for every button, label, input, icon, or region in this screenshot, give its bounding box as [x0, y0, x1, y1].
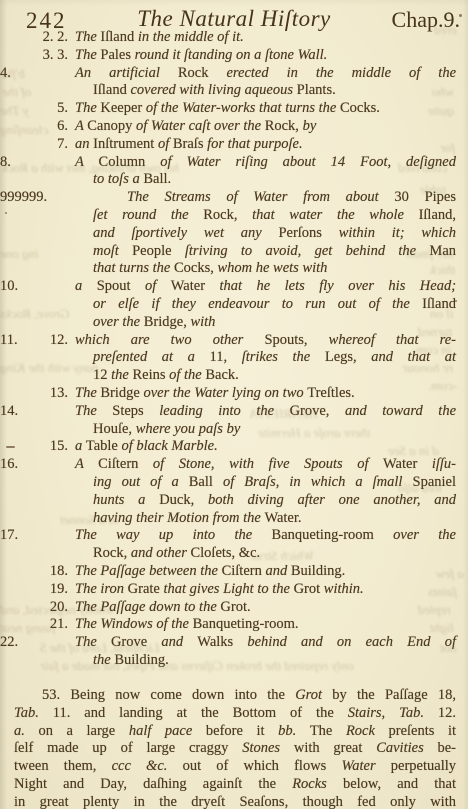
italic-text: leading into the — [159, 403, 289, 419]
roman-text: ſelf made up of large craggy — [14, 740, 242, 756]
italic-text: of Stone, with five Spouts of — [153, 456, 383, 472]
italic-text: of the — [169, 367, 205, 383]
italic-text: Stairs, Tab. — [348, 705, 438, 721]
roman-text: below, and that — [343, 776, 456, 792]
roman-text: 30 Pipes — [394, 189, 456, 205]
text-line: Night and Day, daſhing againſt the Rocks… — [14, 776, 456, 794]
ink-speck — [6, 446, 15, 448]
italic-text: for that purpoſe. — [207, 136, 302, 152]
text-line: ſet round the Rock, that water the whole… — [0, 207, 456, 225]
italic-text: over the Water lying on two — [143, 385, 307, 401]
roman-text: Building. — [114, 652, 168, 668]
item-number: 11. 12. — [0, 332, 68, 350]
italic-text: a — [75, 278, 97, 294]
roman-text: Grot. — [220, 599, 250, 615]
italic-text: hunts a — [93, 492, 159, 508]
ink-speck — [459, 14, 462, 17]
italic-text: and toward the — [345, 403, 456, 419]
italic-text: preſented at a — [93, 349, 210, 365]
italic-text: round it ſtanding on a ſtone Wall. — [135, 47, 328, 63]
italic-text: that gives Light to the — [163, 581, 293, 597]
roman-text: be- — [438, 740, 457, 756]
item-number: 22. — [0, 634, 68, 652]
italic-text: Cavities — [376, 740, 437, 756]
roman-text: 12. — [438, 705, 456, 721]
text-line: or elſe if they endeavour to run out of … — [0, 296, 456, 314]
italic-text: of Water riſing about 14 Foot, deſigned — [160, 154, 456, 170]
roman-text: Grove — [111, 634, 161, 650]
italic-text: over the — [93, 314, 144, 330]
roman-text: Building. — [291, 563, 345, 579]
item-number: 21. — [0, 616, 68, 634]
roman-text: Pales — [100, 47, 134, 63]
italic-text: The Paſſage between the — [75, 563, 222, 579]
italic-text: having their Motion from the — [93, 510, 264, 526]
roman-text: Iſland, — [419, 207, 456, 223]
text-line: to toſs a Ball. — [0, 171, 456, 189]
italic-text: The way up into the — [75, 527, 272, 543]
italic-text: and — [265, 563, 290, 579]
roman-text: tween them, — [14, 758, 112, 774]
text-line: 5.The Keeper of the Water-works that tur… — [0, 100, 456, 118]
text-line: 13.The Bridge over the Water lying on tw… — [0, 385, 456, 403]
text-line: 19.The iron Grate that gives Light to th… — [0, 581, 456, 599]
roman-text: on a large — [38, 723, 128, 739]
roman-text: Treſtles. — [307, 385, 354, 401]
italic-text: ſet round the — [93, 207, 203, 223]
italic-text: Tab. — [14, 705, 53, 721]
text-line: 8.A Column of Water riſing about 14 Foot… — [0, 154, 456, 172]
item-number: 13. — [0, 385, 68, 403]
text-line: in great plenty in the dryeſt Seaſons, t… — [14, 794, 456, 809]
book-page: 242 The Natural Hiſtory Chap.9. 2. 2.The… — [0, 0, 468, 809]
roman-text: Grot — [294, 581, 324, 597]
item-number: 7. — [0, 136, 68, 154]
italic-text: A — [75, 456, 98, 472]
ink-speck — [448, 12, 450, 14]
text-line: Tab. 11. and landing at the Bottom of th… — [14, 705, 456, 723]
roman-text: Bridge, — [144, 314, 191, 330]
roman-text: Cloſets, &c. — [190, 545, 260, 561]
italic-text: Rocks — [292, 776, 343, 792]
italic-text: The — [75, 403, 112, 419]
roman-text: out of which flows — [183, 758, 342, 774]
italic-text: The — [75, 47, 100, 63]
text-line: 53. Being now come down into the Grot by… — [14, 687, 456, 705]
italic-text: with — [190, 314, 215, 330]
roman-text: Table — [86, 438, 122, 454]
italic-text: and — [161, 634, 197, 650]
text-line: 18.The Paſſage between the Ciſtern and B… — [0, 563, 456, 581]
item-number: 8. — [0, 154, 68, 172]
text-line: 20.The Paſſage down to the Grot. — [0, 599, 456, 617]
text-line: Houſe, where you paſs by — [0, 421, 456, 439]
text-line: Iſland covered with living aqueous Plant… — [0, 82, 456, 100]
text-line: 7.an Inſtrument of Braſs for that purpoſ… — [0, 136, 456, 154]
italic-text: whom he wets with — [217, 260, 327, 276]
roman-text: Cocks. — [340, 100, 380, 116]
italic-text: where you paſs by — [136, 421, 241, 437]
italic-text: a — [75, 438, 86, 454]
item-number: 3. 3. — [0, 47, 68, 65]
italic-text: that turns the — [93, 260, 174, 276]
roman-text: 12 — [93, 367, 111, 383]
roman-text: with great — [294, 740, 376, 756]
roman-text: Rock — [178, 65, 227, 81]
italic-text: in the middle of it. — [138, 29, 244, 45]
text-line: that turns the Cocks, whom he wets with — [0, 260, 456, 278]
text-line: Rock, and other Cloſets, &c. — [0, 545, 456, 563]
italic-text: bb. — [278, 723, 310, 739]
italic-text: moſt — [93, 243, 132, 259]
item-number: 20. — [0, 599, 68, 617]
italic-text: or elſe if they endeavour to run out of … — [93, 296, 422, 312]
italic-text: the — [111, 367, 132, 383]
item-number: 5. — [0, 100, 68, 118]
roman-text: Column — [99, 154, 161, 170]
roman-text: Braſs — [173, 136, 207, 152]
text-line: 999999.The Streams of Water from about 3… — [0, 189, 456, 207]
italic-text: and that at — [371, 349, 456, 365]
italic-text: The Paſſage down to the — [75, 599, 220, 615]
roman-text: Plants. — [297, 82, 336, 98]
text-line: ſelf made up of large craggy Stones with… — [14, 740, 456, 758]
text-line: 12 the Reins of the Back. — [0, 367, 456, 385]
text-line: 17.The way up into the Banqueting-room o… — [0, 527, 456, 545]
roman-text: Grove, — [290, 403, 345, 419]
text-line: 16.A Ciſtern of Stone, with five Spouts … — [0, 456, 456, 474]
roman-text: Inſtrument — [93, 136, 158, 152]
text-line: 10.a Spout of Water that he lets fly ove… — [0, 278, 456, 296]
roman-text: Spout — [97, 278, 145, 294]
text-line: hunts a Duck, both diving after one anot… — [0, 492, 456, 510]
italic-text: An artificial — [75, 65, 178, 81]
italic-text: the — [93, 652, 114, 668]
body-paragraph: 53. Being now come down into the Grot by… — [14, 687, 456, 809]
roman-text: Grate — [128, 581, 164, 597]
item-number: 2. 2. — [0, 29, 68, 47]
italic-text: A — [75, 154, 99, 170]
text-line: over the Bridge, with — [0, 314, 456, 332]
roman-text: 53. Being now come down into the — [42, 687, 295, 703]
roman-text: Cocks, — [174, 260, 218, 276]
item-number: 14. — [0, 403, 68, 421]
roman-text: Houſe, — [93, 421, 136, 437]
italic-text: behind and on each End of — [247, 634, 456, 650]
italic-text: ing out of a — [93, 474, 189, 490]
roman-text: Back. — [205, 367, 238, 383]
italic-text: The Streams of Water from about — [127, 189, 394, 205]
ink-speck — [5, 212, 7, 214]
text-line: 22.The Grove and Walks behind and on eac… — [0, 634, 456, 652]
roman-text: The — [310, 723, 346, 739]
item-number: 17. — [0, 527, 68, 545]
roman-text: Night and Day, daſhing againſt the — [14, 776, 292, 792]
item-number: 6. — [0, 118, 68, 136]
text-line: and ſportively wet any Perſons within it… — [0, 225, 456, 243]
roman-text: Rock, — [265, 118, 303, 134]
text-line: ing out of a Ball of Braſs, in which a ſ… — [0, 474, 456, 492]
text-line: 15.a Table of black Marble. — [0, 438, 456, 456]
italic-text: The — [75, 29, 100, 45]
italic-text: that water the whole — [252, 207, 418, 223]
item-number: 999999. — [0, 189, 121, 207]
text-line: moſt People ſtriving to avoid, get behin… — [0, 243, 456, 261]
italic-text: A — [75, 118, 87, 134]
item-number: 19. — [0, 581, 68, 599]
italic-text: The — [75, 100, 100, 116]
italic-text: within. — [324, 581, 364, 597]
italic-text: ſtrikes the — [242, 349, 325, 365]
plate-contents-list: 2. 2.The Iſland in the middle of it.3. 3… — [0, 29, 456, 670]
italic-text: The iron — [75, 581, 128, 597]
roman-text: Ball — [189, 474, 223, 490]
roman-text: Iſland — [100, 29, 137, 45]
roman-text: Ciſtern — [222, 563, 266, 579]
italic-text: of — [145, 278, 171, 294]
roman-text: Walks — [197, 634, 247, 650]
italic-text: of the Water-works that turns the — [146, 100, 340, 116]
roman-text: in great plenty in the dryeſt Seaſons, t… — [14, 794, 456, 809]
italic-text: of Braſs, in which a ſmall — [223, 474, 413, 490]
roman-text: Steps — [112, 403, 159, 419]
text-line: 2. 2.The Iſland in the middle of it. — [0, 29, 456, 47]
text-line: tween them, ccc &c. out of which flows W… — [14, 758, 456, 776]
roman-text: Perſons — [278, 225, 338, 241]
roman-text: Spaniel — [413, 474, 457, 490]
italic-text: an — [75, 136, 93, 152]
roman-text: 11, — [210, 349, 242, 365]
text-line: 3. 3.The Pales round it ſtanding on a ſt… — [0, 47, 456, 65]
italic-text: whereof that re- — [329, 332, 456, 348]
roman-text: Canopy — [87, 118, 136, 134]
roman-text: Legs, — [325, 349, 371, 365]
text-line: having their Motion from the Water. — [0, 510, 456, 528]
italic-text: The — [75, 634, 111, 650]
italic-text: and other — [131, 545, 191, 561]
italic-text: which are two other — [75, 332, 264, 348]
italic-text: that he lets fly over his Head; — [220, 278, 457, 294]
italic-text: Grot — [295, 687, 332, 703]
roman-text: perpetually — [391, 758, 456, 774]
ink-speck — [455, 300, 457, 302]
roman-text: Water — [383, 456, 432, 472]
italic-text: covered with living aqueous — [130, 82, 296, 98]
italic-text: over the — [393, 527, 456, 543]
italic-text: a. — [14, 723, 38, 739]
item-number: 18. — [0, 563, 68, 581]
italic-text: within it; which — [339, 225, 456, 241]
text-line: 21.The Windows of the Banqueting-room. — [0, 616, 456, 634]
text-line: 4.An artificial Rock erected in the midd… — [0, 65, 456, 83]
italic-text: Water — [342, 758, 391, 774]
roman-text: Iſland — [93, 82, 130, 98]
roman-text: Duck, — [159, 492, 208, 508]
italic-text: half pace — [129, 723, 206, 739]
italic-text: of — [158, 136, 173, 152]
text-line: 11. 12.which are two other Spouts, where… — [0, 332, 456, 350]
roman-text: Ciſtern — [98, 456, 153, 472]
text-line: the Building. — [0, 652, 456, 670]
italic-text: The — [75, 385, 100, 401]
italic-text: erected in the middle of the — [226, 65, 456, 81]
roman-text: Banqueting-room — [272, 527, 394, 543]
roman-text: People — [132, 243, 185, 259]
roman-text: Water — [171, 278, 220, 294]
roman-text: Reins — [132, 367, 169, 383]
italic-text: of black Marble. — [122, 438, 218, 454]
italic-text: ſtriving to avoid, get behind the — [185, 243, 430, 259]
roman-text: Bridge — [100, 385, 143, 401]
roman-text: Spouts, — [264, 332, 328, 348]
italic-text: Rock — [346, 723, 389, 739]
roman-text: before it — [206, 723, 278, 739]
roman-text: Iſland — [422, 296, 456, 312]
italic-text: by — [303, 118, 317, 134]
italic-text: to toſs a — [93, 171, 143, 187]
italic-text: Stones — [242, 740, 294, 756]
text-line: 14.The Steps leading into the Grove, and… — [0, 403, 456, 421]
item-number: 10. — [0, 278, 68, 296]
italic-text: and ſportively wet any — [93, 225, 278, 241]
item-number: 4. — [0, 65, 68, 83]
roman-text: preſents it — [389, 723, 457, 739]
roman-text: Water. — [264, 510, 301, 526]
roman-text: 11. and landing at the Bottom of the — [53, 705, 348, 721]
roman-text: Banqueting-room. — [193, 616, 299, 632]
italic-text: iſſu- — [432, 456, 456, 472]
roman-text: Rock, — [203, 207, 252, 223]
text-line: preſented at a 11, ſtrikes the Legs, and… — [0, 349, 456, 367]
roman-text: by the Paſſage 18, — [332, 687, 456, 703]
italic-text: both diving after one another, and — [208, 492, 456, 508]
roman-text: Keeper — [100, 100, 145, 116]
item-number: 16. — [0, 456, 68, 474]
italic-text: ccc &c. — [112, 758, 183, 774]
italic-text: of Water caſt over the — [136, 118, 265, 134]
text-line: a. on a large half pace before it bb. Th… — [14, 723, 456, 741]
italic-text: The Windows of the — [75, 616, 193, 632]
roman-text: Man — [429, 243, 456, 259]
roman-text: Rock, — [93, 545, 131, 561]
text-line: 6.A Canopy of Water caſt over the Rock, … — [0, 118, 456, 136]
roman-text: Ball. — [143, 171, 171, 187]
